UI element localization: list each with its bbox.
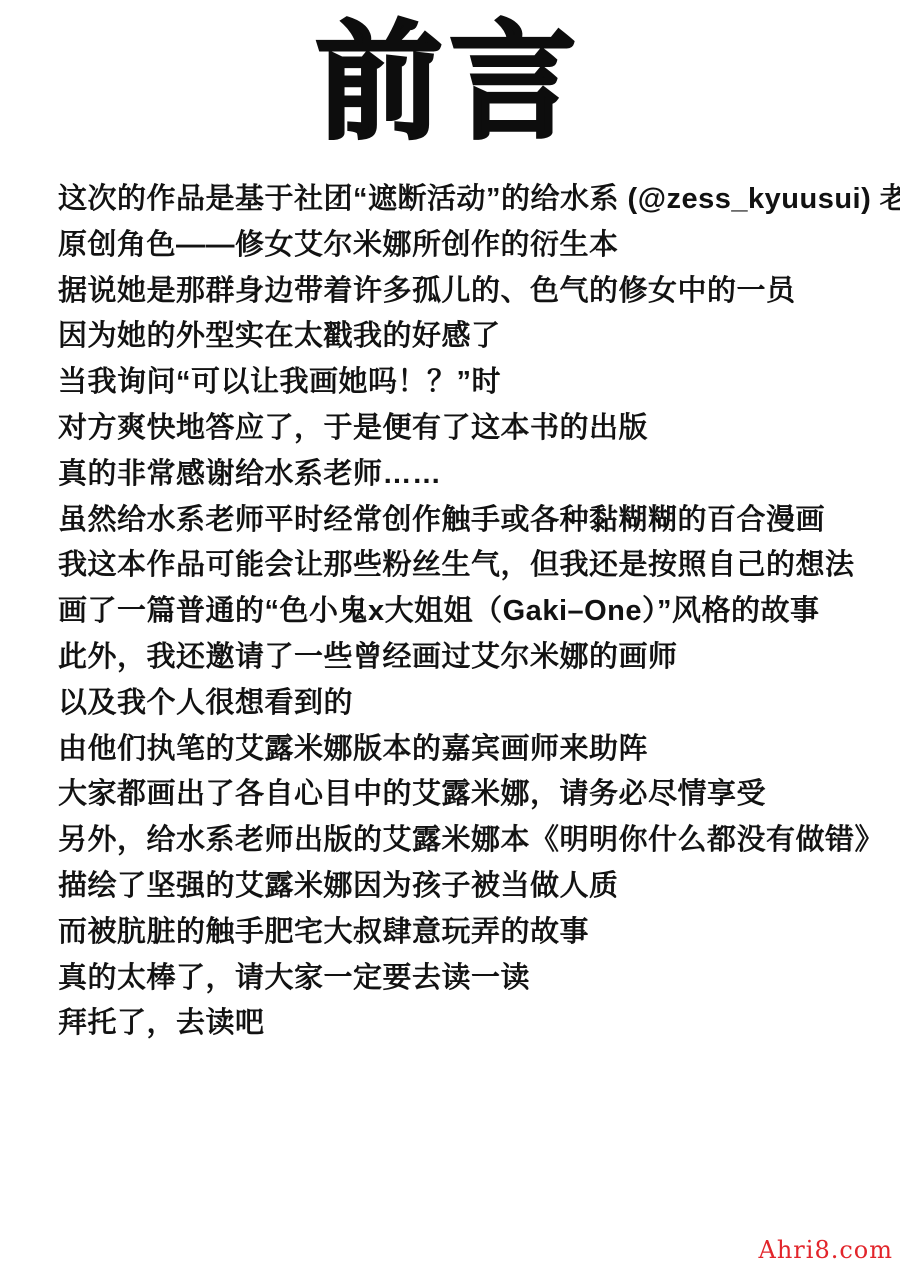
preface-line: 对方爽快地答应了，于是便有了这本书的出版: [58, 406, 880, 452]
preface-line: 这次的作品是基于社团“遮断活动”的给水系 (@zess_kyuusui) 老师的: [58, 177, 880, 223]
preface-line: 另外，给水系老师出版的艾露米娜本《明明你什么都没有做错》: [58, 818, 880, 864]
preface-line: 而被肮脏的触手肥宅大叔肆意玩弄的故事: [58, 910, 880, 956]
preface-line: 虽然给水系老师平时经常创作触手或各种黏糊糊的百合漫画: [58, 498, 880, 544]
preface-line: 描绘了坚强的艾露米娜因为孩子被当做人质: [58, 864, 880, 910]
preface-body: 这次的作品是基于社团“遮断活动”的给水系 (@zess_kyuusui) 老师的…: [58, 177, 880, 1047]
preface-page: 前言 这次的作品是基于社团“遮断活动”的给水系 (@zess_kyuusui) …: [0, 0, 900, 1271]
preface-line: 真的太棒了，请大家一定要去读一读: [58, 956, 880, 1002]
preface-line: 画了一篇普通的“色小鬼x大姐姐（Gaki–One）”风格的故事: [58, 589, 880, 635]
preface-line: 我这本作品可能会让那些粉丝生气，但我还是按照自己的想法: [58, 543, 880, 589]
preface-line: 大家都画出了各自心目中的艾露米娜，请务必尽情享受: [58, 772, 880, 818]
preface-line: 由他们执笔的艾露米娜版本的嘉宾画师来助阵: [58, 727, 880, 773]
site-watermark: Ahri8.com: [759, 1236, 893, 1264]
preface-line: 真的非常感谢给水系老师……: [58, 452, 880, 498]
preface-line: 拜托了，去读吧: [58, 1001, 880, 1047]
preface-line: 因为她的外型实在太戳我的好感了: [58, 314, 880, 360]
preface-line: 以及我个人很想看到的: [58, 681, 880, 727]
preface-line: 原创角色——修女艾尔米娜所创作的衍生本: [58, 223, 880, 269]
preface-line: 据说她是那群身边带着许多孤儿的、色气的修女中的一员: [58, 269, 880, 315]
preface-line: 当我询问“可以让我画她吗！？”时: [58, 360, 880, 406]
page-title: 前言: [0, 14, 900, 153]
preface-line: 此外，我还邀请了一些曾经画过艾尔米娜的画师: [58, 635, 880, 681]
